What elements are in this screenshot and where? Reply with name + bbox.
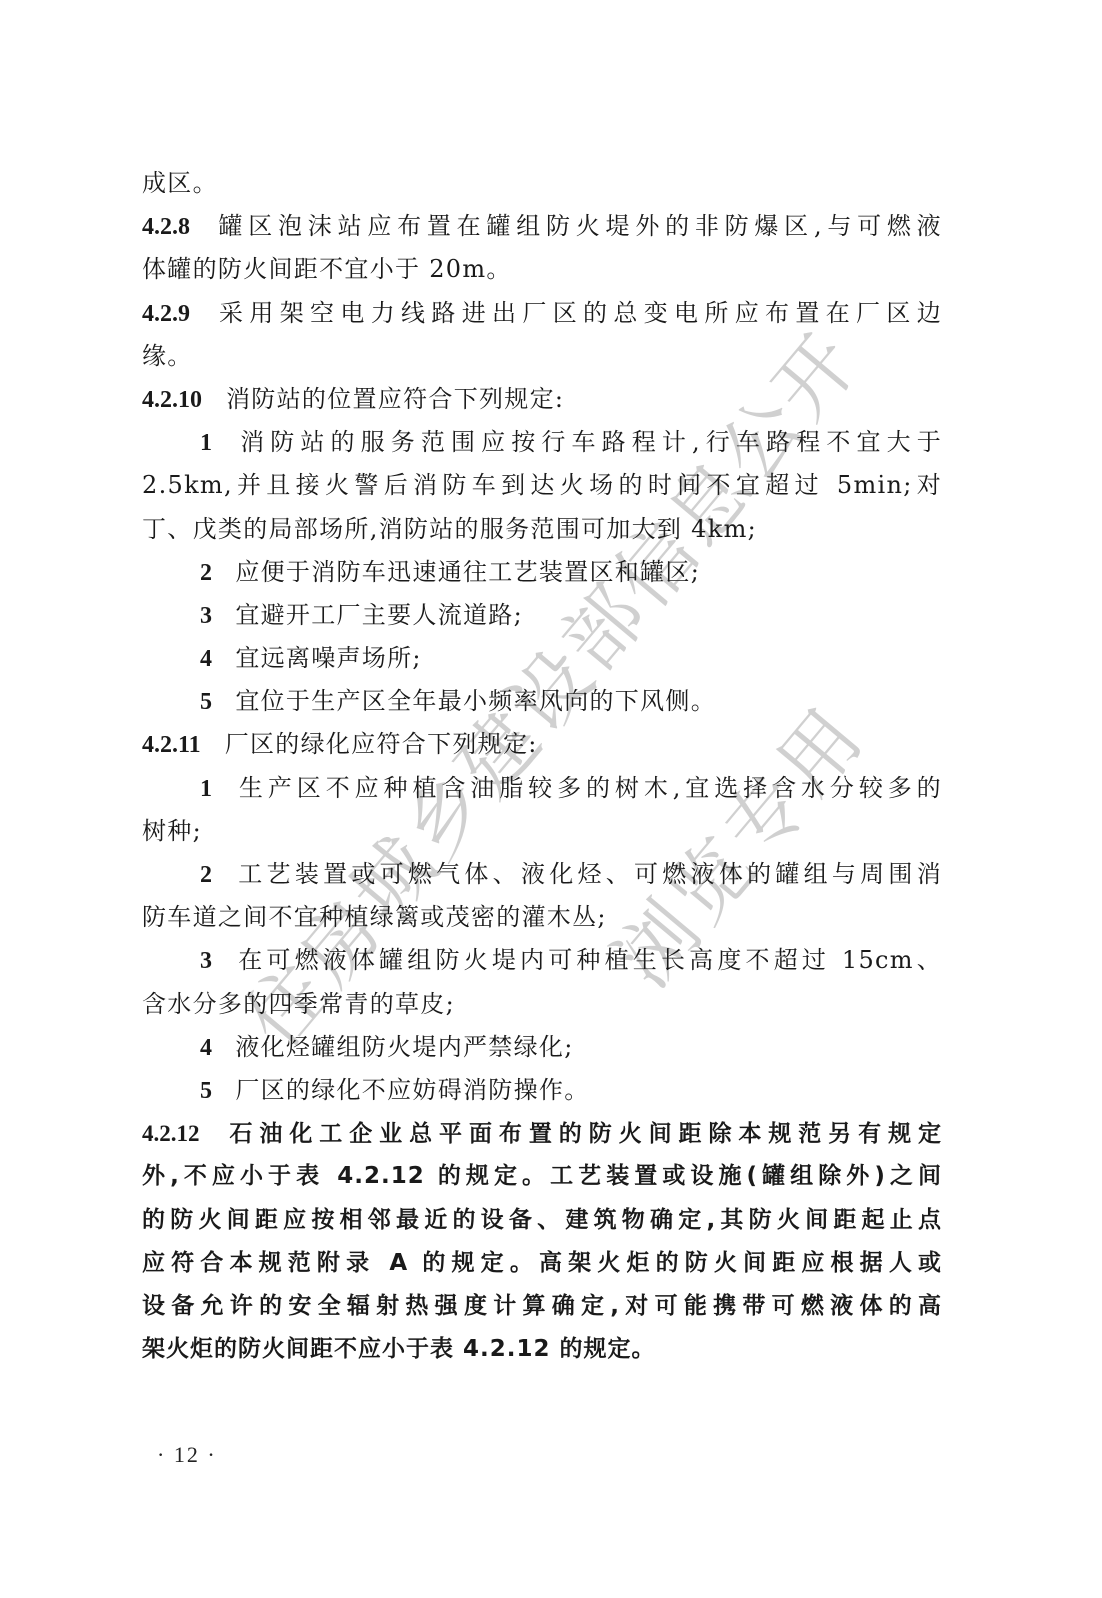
clause-4-2-9: 4.2.9采用架空电力线路进出厂区的总变电所应布置在厂区边 [142,292,942,335]
list-item-4: 4宜远离噪声场所; [142,637,942,680]
item-number: 5 [200,689,213,715]
item-text: 液化烃罐组防火堤内严禁绿化; [235,1033,573,1061]
item-number: 3 [200,948,213,974]
clause-text: 厂区的绿化应符合下列规定: [225,730,538,758]
text-line: 成区。 [142,162,942,205]
clause-4-2-11: 4.2.11厂区的绿化应符合下列规定: [142,723,942,766]
item-number: 4 [200,1035,213,1061]
item-number: 1 [200,776,213,802]
item-text: 厂区的绿化不应妨碍消防操作。 [235,1076,589,1104]
text-line: 含水分多的四季常青的草皮; [142,983,942,1026]
item-text: 宜远离噪声场所; [235,644,422,672]
item-text: 生产区不应种植含油脂较多的树木,宜选择含水分较多的 [235,774,942,802]
list-item-2: 2应便于消防车迅速通往工艺装置区和罐区; [142,551,942,594]
list-item-5: 5厂区的绿化不应妨碍消防操作。 [142,1069,942,1112]
clause-number: 4.2.8 [142,214,190,240]
item-text: 消防站的服务范围应按行车路程计,行车路程不宜大于 [235,428,942,456]
list-item-2: 2工艺装置或可燃气体、液化烃、可燃液体的罐组与周围消 [142,853,942,896]
clause-number: 4.2.12 [142,1121,200,1146]
text-line: 树种; [142,810,942,853]
list-item-4: 4液化烃罐组防火堤内严禁绿化; [142,1026,942,1069]
item-text: 宜位于生产区全年最小频率风向的下风侧。 [235,687,716,715]
clause-text: 消防站的位置应符合下列规定: [226,385,564,413]
list-item-3: 3在可燃液体罐组防火堤内可种植生长高度不超过 15cm、 [142,939,942,982]
text-line: 2.5km,并且接火警后消防车到达火场的时间不宜超过 5min;对 [142,464,942,507]
text-line: 的防火间距应按相邻最近的设备、建筑物确定,其防火间距起止点 [142,1199,942,1242]
clause-4-2-8: 4.2.8罐区泡沫站应布置在罐组防火堤外的非防爆区,与可燃液 [142,205,942,248]
text-line: 防车道之间不宜种植绿篱或茂密的灌木丛; [142,896,942,939]
text-line: 设备允许的安全辐射热强度计算确定,对可能携带可燃液体的高 [142,1285,942,1328]
clause-text: 石油化工企业总平面布置的防火间距除本规范另有规定 [224,1121,943,1147]
text-line: 丁、戊类的局部场所,消防站的服务范围可加大到 4km; [142,508,942,551]
page-number: · 12 · [157,1442,217,1468]
item-text: 应便于消防车迅速通往工艺装置区和罐区; [235,558,700,586]
text-line: 应符合本规范附录 A 的规定。高架火炬的防火间距应根据人或 [142,1242,942,1285]
item-text: 宜避开工厂主要人流道路; [235,601,523,629]
document-body: 成区。 4.2.8罐区泡沫站应布置在罐组防火堤外的非防爆区,与可燃液 体罐的防火… [142,162,942,1371]
text-line: 4.2.12石油化工企业总平面布置的防火间距除本规范另有规定 [142,1112,942,1155]
clause-4-2-12: 4.2.12石油化工企业总平面布置的防火间距除本规范另有规定 外,不应小于表 4… [142,1112,942,1371]
list-item-1: 1生产区不应种植含油脂较多的树木,宜选择含水分较多的 [142,767,942,810]
text-line: 缘。 [142,335,942,378]
item-number: 1 [200,430,213,456]
clause-text: 采用架空电力线路进出厂区的总变电所应布置在厂区边 [214,299,942,327]
item-text: 在可燃液体罐组防火堤内可种植生长高度不超过 15cm、 [235,946,942,974]
list-item-3: 3宜避开工厂主要人流道路; [142,594,942,637]
clause-number: 4.2.11 [142,732,201,758]
text-line: 外,不应小于表 4.2.12 的规定。工艺装置或设施(罐组除外)之间 [142,1155,942,1198]
text-line: 体罐的防火间距不宜小于 20m。 [142,248,942,291]
item-number: 4 [200,646,213,672]
item-number: 5 [200,1078,213,1104]
item-number: 2 [200,862,213,888]
clause-number: 4.2.9 [142,301,190,327]
list-item-5: 5宜位于生产区全年最小频率风向的下风侧。 [142,680,942,723]
clause-number: 4.2.10 [142,387,202,413]
clause-text: 罐区泡沫站应布置在罐组防火堤外的非防爆区,与可燃液 [214,212,942,240]
item-number: 3 [200,603,213,629]
text-line: 架火炬的防火间距不应小于表 4.2.12 的规定。 [142,1328,942,1371]
item-number: 2 [200,560,213,586]
item-text: 工艺装置或可燃气体、液化烃、可燃液体的罐组与周围消 [235,860,942,888]
list-item-1: 1消防站的服务范围应按行车路程计,行车路程不宜大于 [142,421,942,464]
clause-4-2-10: 4.2.10消防站的位置应符合下列规定: [142,378,942,421]
